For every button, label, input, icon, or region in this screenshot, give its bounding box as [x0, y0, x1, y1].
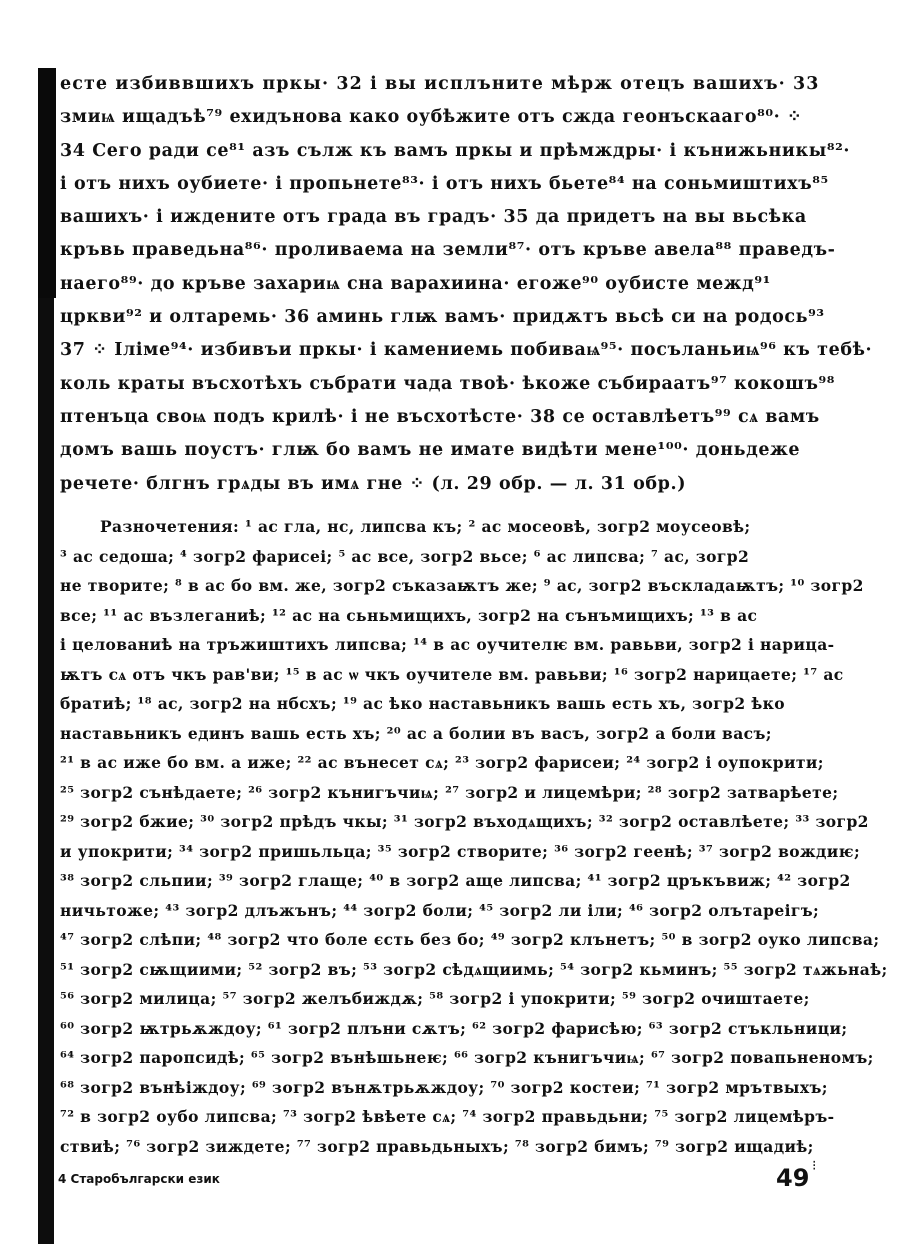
text-line: домъ вашь поустъ· глѭ бо вамъ не имате в…	[60, 434, 820, 467]
variant-readings-block: Разночетения: ¹ ас гла, нс, липсва къ; ²…	[60, 512, 820, 1161]
variant-line: ⁴⁷ зогр2 слѣпи; ⁴⁸ зогр2 что боле єсть б…	[60, 925, 820, 955]
variant-line: ѭтъ сѧ отъ чкъ рав'ви; ¹⁵ в ас ѡ чкъ оуч…	[60, 660, 820, 690]
variant-line: ничьтоже; ⁴³ зогр2 длъжънъ; ⁴⁴ зогр2 бол…	[60, 896, 820, 926]
variant-line: ⁶⁰ зогр2 ѭтрьѫждоу; ⁶¹ зогр2 плъни сѫтъ;…	[60, 1014, 820, 1044]
variant-line: ⁶⁸ зогр2 вънѣіждоу; ⁶⁹ зогр2 вънѫтрьѫждо…	[60, 1073, 820, 1103]
variant-line: ²¹ в ас иже бо вм. а иже; ²² ас вънесет …	[60, 748, 820, 778]
text-line: речете· блгнъ грѧды въ имѧ гне ⁘ (л. 29 …	[60, 468, 820, 501]
variant-line: ²⁹ зогр2 бжие; ³⁰ зогр2 прѣдъ чкы; ³¹ зо…	[60, 807, 820, 837]
text-line: 37 ⁘ Іліме⁹⁴· избивъи пркы· і камениемь …	[60, 334, 820, 367]
text-line: 34 Сего ради се⁸¹ азъ сълж къ вамъ пркы …	[60, 135, 820, 168]
variant-line: ³ ас седоша; ⁴ зогр2 фарисеі; ⁵ ас все, …	[60, 542, 820, 572]
variant-line: ⁵⁶ зогр2 милица; ⁵⁷ зогр2 желъбиждѫ; ⁵⁸ …	[60, 984, 820, 1014]
text-line: вашихъ· і иждените отъ града въ градъ· 3…	[60, 201, 820, 234]
variant-line: ⁵¹ зогр2 сѭщиими; ⁵² зогр2 въ; ⁵³ зогр2 …	[60, 955, 820, 985]
text-line: птенъца своѩ подъ крилѣ· і не въсхотѣсте…	[60, 401, 820, 434]
variant-line: ⁷² в зогр2 оубо липсва; ⁷³ зогр2 ѣвѣете …	[60, 1102, 820, 1132]
text-line: коль краты въсхотѣхъ събрати чада твоѣ· …	[60, 368, 820, 401]
text-line: цркви⁹² и олтаремь· 36 аминь глѭ вамъ· п…	[60, 301, 820, 334]
variant-line: не творите; ⁸ в ас бо вм. же, зогр2 съка…	[60, 571, 820, 601]
variant-line: наставьникъ единъ вашь есть хъ; ²⁰ ас а …	[60, 719, 820, 749]
book-binding-shadow-top	[38, 68, 56, 298]
variant-line: ²⁵ зогр2 сънѣдаете; ²⁶ зогр2 кънигъчиѩ; …	[60, 778, 820, 808]
text-line: змиѩ ищадъѣ⁷⁹ ехидънова како оубѣжите от…	[60, 101, 820, 134]
text-line: есте избиввшихъ пркы· 32 і вы исплъните …	[60, 68, 820, 101]
variant-line: ³⁸ зогр2 сльпии; ³⁹ зогр2 глаще; ⁴⁰ в зо…	[60, 866, 820, 896]
text-line: кръвь праведьна⁸⁶· проливаема на земли⁸⁷…	[60, 234, 820, 267]
variant-line: ствиѣ; ⁷⁶ зогр2 зиждете; ⁷⁷ зогр2 правьд…	[60, 1132, 820, 1162]
variant-line: Разночетения: ¹ ас гла, нс, липсва къ; ²…	[60, 512, 820, 542]
margin-mark: ⁝	[812, 1158, 816, 1174]
signature-mark: 4 Старобългарски език	[58, 1172, 220, 1186]
page-number: 49	[776, 1164, 809, 1192]
text-line: наего⁸⁹· до кръве захариѩ сна варахиина·…	[60, 268, 820, 301]
text-line: і отъ нихъ оубиете· і пропьнете⁸³· і отъ…	[60, 168, 820, 201]
main-text-block: есте избиввшихъ пркы· 32 і вы исплъните …	[60, 68, 820, 501]
variant-line: и упокрити; ³⁴ зогр2 пришьльца; ³⁵ зогр2…	[60, 837, 820, 867]
variant-line: братиѣ; ¹⁸ ас, зогр2 на нбсхъ; ¹⁹ ас ѣко…	[60, 689, 820, 719]
variant-line: і целованиѣ на тръжиштихъ липсва; ¹⁴ в а…	[60, 630, 820, 660]
variant-line: все; ¹¹ ас възлеганиѣ; ¹² ас на сьньмищи…	[60, 601, 820, 631]
variant-line: ⁶⁴ зогр2 паропсидѣ; ⁶⁵ зогр2 вънѣшьнеѥ; …	[60, 1043, 820, 1073]
